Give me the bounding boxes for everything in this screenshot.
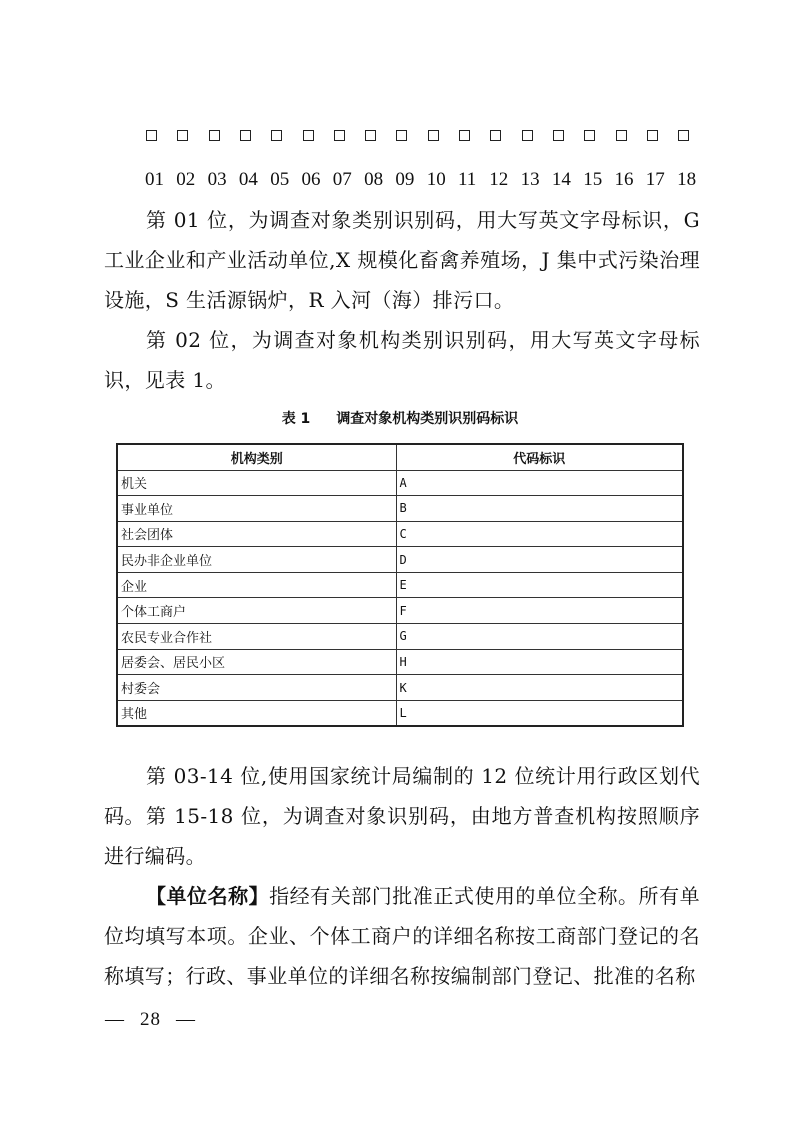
code-box-icon [490, 130, 501, 141]
code-position-label: 07 [333, 168, 352, 192]
category-cell: 居委会、居民小区 [117, 649, 396, 675]
code-position-label: 02 [176, 168, 195, 192]
code-position-label: 08 [364, 168, 383, 192]
code-box-icon [177, 130, 188, 141]
table-header-row: 机构类别 代码标识 [117, 444, 683, 470]
code-position-label: 10 [427, 168, 446, 192]
code-position-label: 09 [395, 168, 414, 192]
table-row: 个体工商户 F [117, 598, 683, 624]
code-box-icon [271, 130, 282, 141]
code-position-label: 14 [552, 168, 571, 192]
field-label-unit-name: 【单位名称】 [146, 884, 269, 908]
code-position-label: 11 [458, 168, 476, 192]
code-cell: L [396, 700, 683, 726]
category-cell: 村委会 [117, 675, 396, 701]
table-row: 事业单位 B [117, 496, 683, 522]
code-box-row [146, 130, 686, 146]
code-cell: K [396, 675, 683, 701]
table-row: 村委会 K [117, 675, 683, 701]
code-box-icon [616, 130, 627, 141]
category-cell: 事业单位 [117, 496, 396, 522]
category-cell: 农民专业合作社 [117, 624, 396, 650]
table-row: 机关 A [117, 470, 683, 496]
paragraph-position-02: 第 02 位，为调查对象机构类别识别码，用大写英文字母标识，见表 1。 [104, 320, 700, 400]
code-position-label: 04 [239, 168, 258, 192]
column-header-code: 代码标识 [396, 444, 683, 470]
paragraph-unit-name: 【单位名称】指经有关部门批准正式使用的单位全称。所有单位均填写本项。企业、个体工… [104, 876, 700, 996]
code-position-label: 17 [646, 168, 665, 192]
code-box-icon [459, 130, 470, 141]
category-cell: 社会团体 [117, 521, 396, 547]
table-row: 企业 E [117, 572, 683, 598]
code-box-icon [428, 130, 439, 141]
table-caption: 表 1调查对象机构类别识别码标识 [116, 408, 684, 430]
category-cell: 个体工商户 [117, 598, 396, 624]
code-position-label: 16 [615, 168, 634, 192]
table-row: 农民专业合作社 G [117, 624, 683, 650]
table-row: 社会团体 C [117, 521, 683, 547]
code-position-label: 06 [302, 168, 321, 192]
code-cell: E [396, 572, 683, 598]
column-header-category: 机构类别 [117, 444, 396, 470]
code-box-icon [678, 130, 689, 141]
page-number: 28 [140, 1009, 161, 1030]
code-box-icon [522, 130, 533, 141]
code-box-icon [553, 130, 564, 141]
code-position-label: 03 [208, 168, 227, 192]
table-row: 居委会、居民小区 H [117, 649, 683, 675]
paragraph-position-15-18: 第 15-18 位，为调查对象识别码，由地方普查机构按照顺序进行编码。 [104, 796, 700, 876]
code-cell: C [396, 521, 683, 547]
page-dash-right: — [175, 1008, 197, 1032]
code-box-icon [396, 130, 407, 141]
code-position-label: 18 [677, 168, 696, 192]
code-box-icon [209, 130, 220, 141]
code-cell: F [396, 598, 683, 624]
code-position-label: 01 [145, 168, 164, 192]
category-cell: 机关 [117, 470, 396, 496]
code-cell: A [396, 470, 683, 496]
institution-code-table: 机构类别 代码标识 机关 A 事业单位 B 社会团体 C 民办非企业单位 D 企 [116, 443, 684, 727]
code-box-icon [365, 130, 376, 141]
code-box-icon [334, 130, 345, 141]
code-cell: H [396, 649, 683, 675]
category-cell: 企业 [117, 572, 396, 598]
paragraph-position-01: 第 01 位，为调查对象类别识别码，用大写英文字母标识，G 工业企业和产业活动单… [104, 200, 700, 320]
code-position-label: 05 [270, 168, 289, 192]
table-row: 民办非企业单位 D [117, 547, 683, 573]
code-box-icon [584, 130, 595, 141]
table-caption-title: 调查对象机构类别识别码标识 [336, 411, 518, 427]
code-cell: D [396, 547, 683, 573]
code-cell: B [396, 496, 683, 522]
category-cell: 其他 [117, 700, 396, 726]
page-number-footer: —28— [104, 1008, 197, 1032]
code-position-row: 01 02 03 04 05 06 07 08 09 10 11 12 13 1… [146, 168, 706, 192]
category-cell: 民办非企业单位 [117, 547, 396, 573]
page-dash-left: — [104, 1008, 126, 1032]
code-box-icon [240, 130, 251, 141]
code-box-icon [647, 130, 658, 141]
code-position-label: 13 [521, 168, 540, 192]
table-row: 其他 L [117, 700, 683, 726]
code-position-label: 15 [583, 168, 602, 192]
code-cell: G [396, 624, 683, 650]
code-box-icon [146, 130, 157, 141]
table-caption-number: 表 1 [282, 411, 311, 427]
code-box-icon [303, 130, 314, 141]
document-page: 01 02 03 04 05 06 07 08 09 10 11 12 13 1… [0, 0, 800, 1131]
code-position-label: 12 [489, 168, 508, 192]
